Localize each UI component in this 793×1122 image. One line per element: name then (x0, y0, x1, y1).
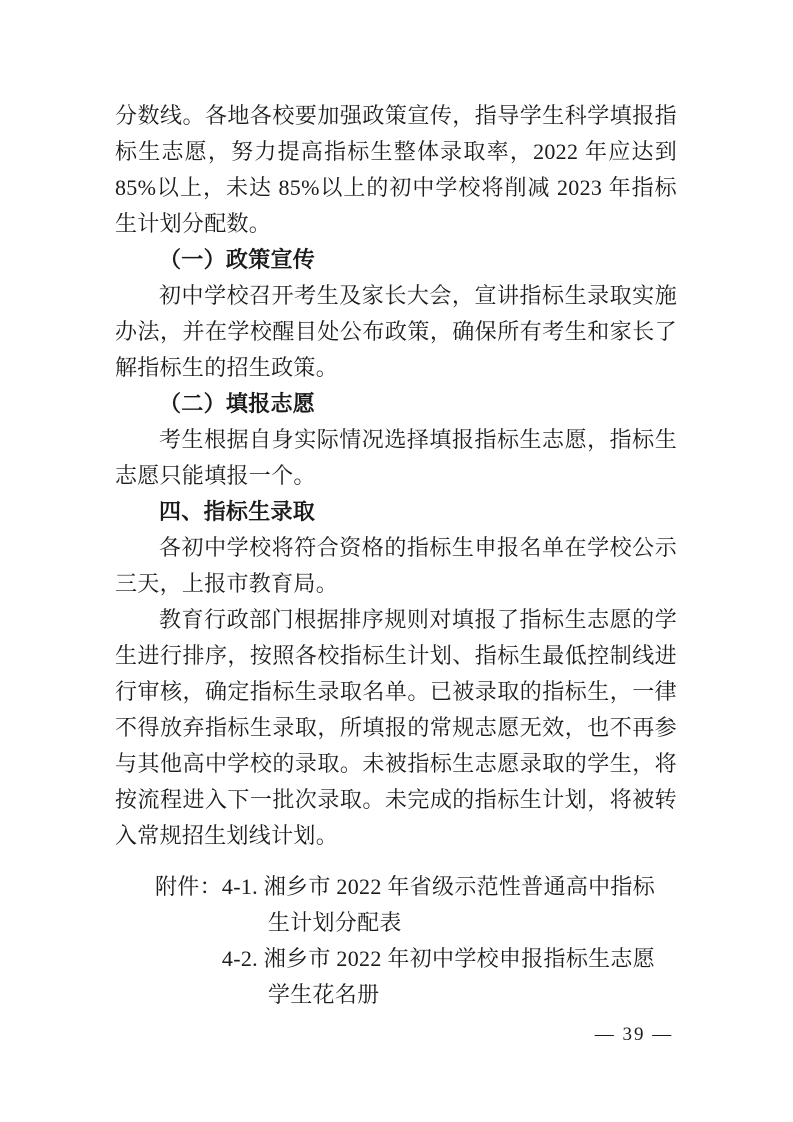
paragraph-policy-promotion: 初中学校召开考生及家长大会，宣讲指标生录取实施办法，并在学校醒目处公布政策，确保… (115, 278, 677, 386)
section-heading-quota-admission: 四、指标生录取 (115, 494, 677, 530)
attachment-item-2: 4-2. 湘乡市 2022 年初中学校申报指标生志愿学生花名册 (222, 941, 677, 1013)
document-page: 分数线。各地各校要加强政策宣传，指导学生科学填报指标生志愿，努力提高指标生整体录… (0, 0, 793, 1122)
attachments-list: 4-1. 湘乡市 2022 年省级示范性普通高中指标生计划分配表 4-2. 湘乡… (222, 869, 677, 1013)
attachment-item-1: 4-1. 湘乡市 2022 年省级示范性普通高中指标生计划分配表 (222, 869, 677, 941)
attachments-label: 附件： (155, 869, 222, 905)
page-number: — 39 — (584, 1022, 684, 1048)
paragraph-quota-admission-2: 教育行政部门根据排序规则对填报了指标生志愿的学生进行排序，按照各校指标生计划、指… (115, 602, 677, 854)
section-heading-policy-promotion: （一）政策宣传 (115, 242, 677, 278)
paragraph-continuation: 分数线。各地各校要加强政策宣传，指导学生科学填报指标生志愿，努力提高指标生整体录… (115, 98, 677, 242)
paragraph-quota-admission-1: 各初中学校将符合资格的指标生申报名单在学校公示三天，上报市教育局。 (115, 530, 677, 602)
document-body: 分数线。各地各校要加强政策宣传，指导学生科学填报指标生志愿，努力提高指标生整体录… (115, 98, 677, 1013)
paragraph-fill-volunteer: 考生根据自身实际情况选择填报指标生志愿，指标生志愿只能填报一个。 (115, 422, 677, 494)
section-heading-fill-volunteer: （二）填报志愿 (115, 386, 677, 422)
attachments-block: 附件： 4-1. 湘乡市 2022 年省级示范性普通高中指标生计划分配表 4-2… (155, 869, 677, 1013)
